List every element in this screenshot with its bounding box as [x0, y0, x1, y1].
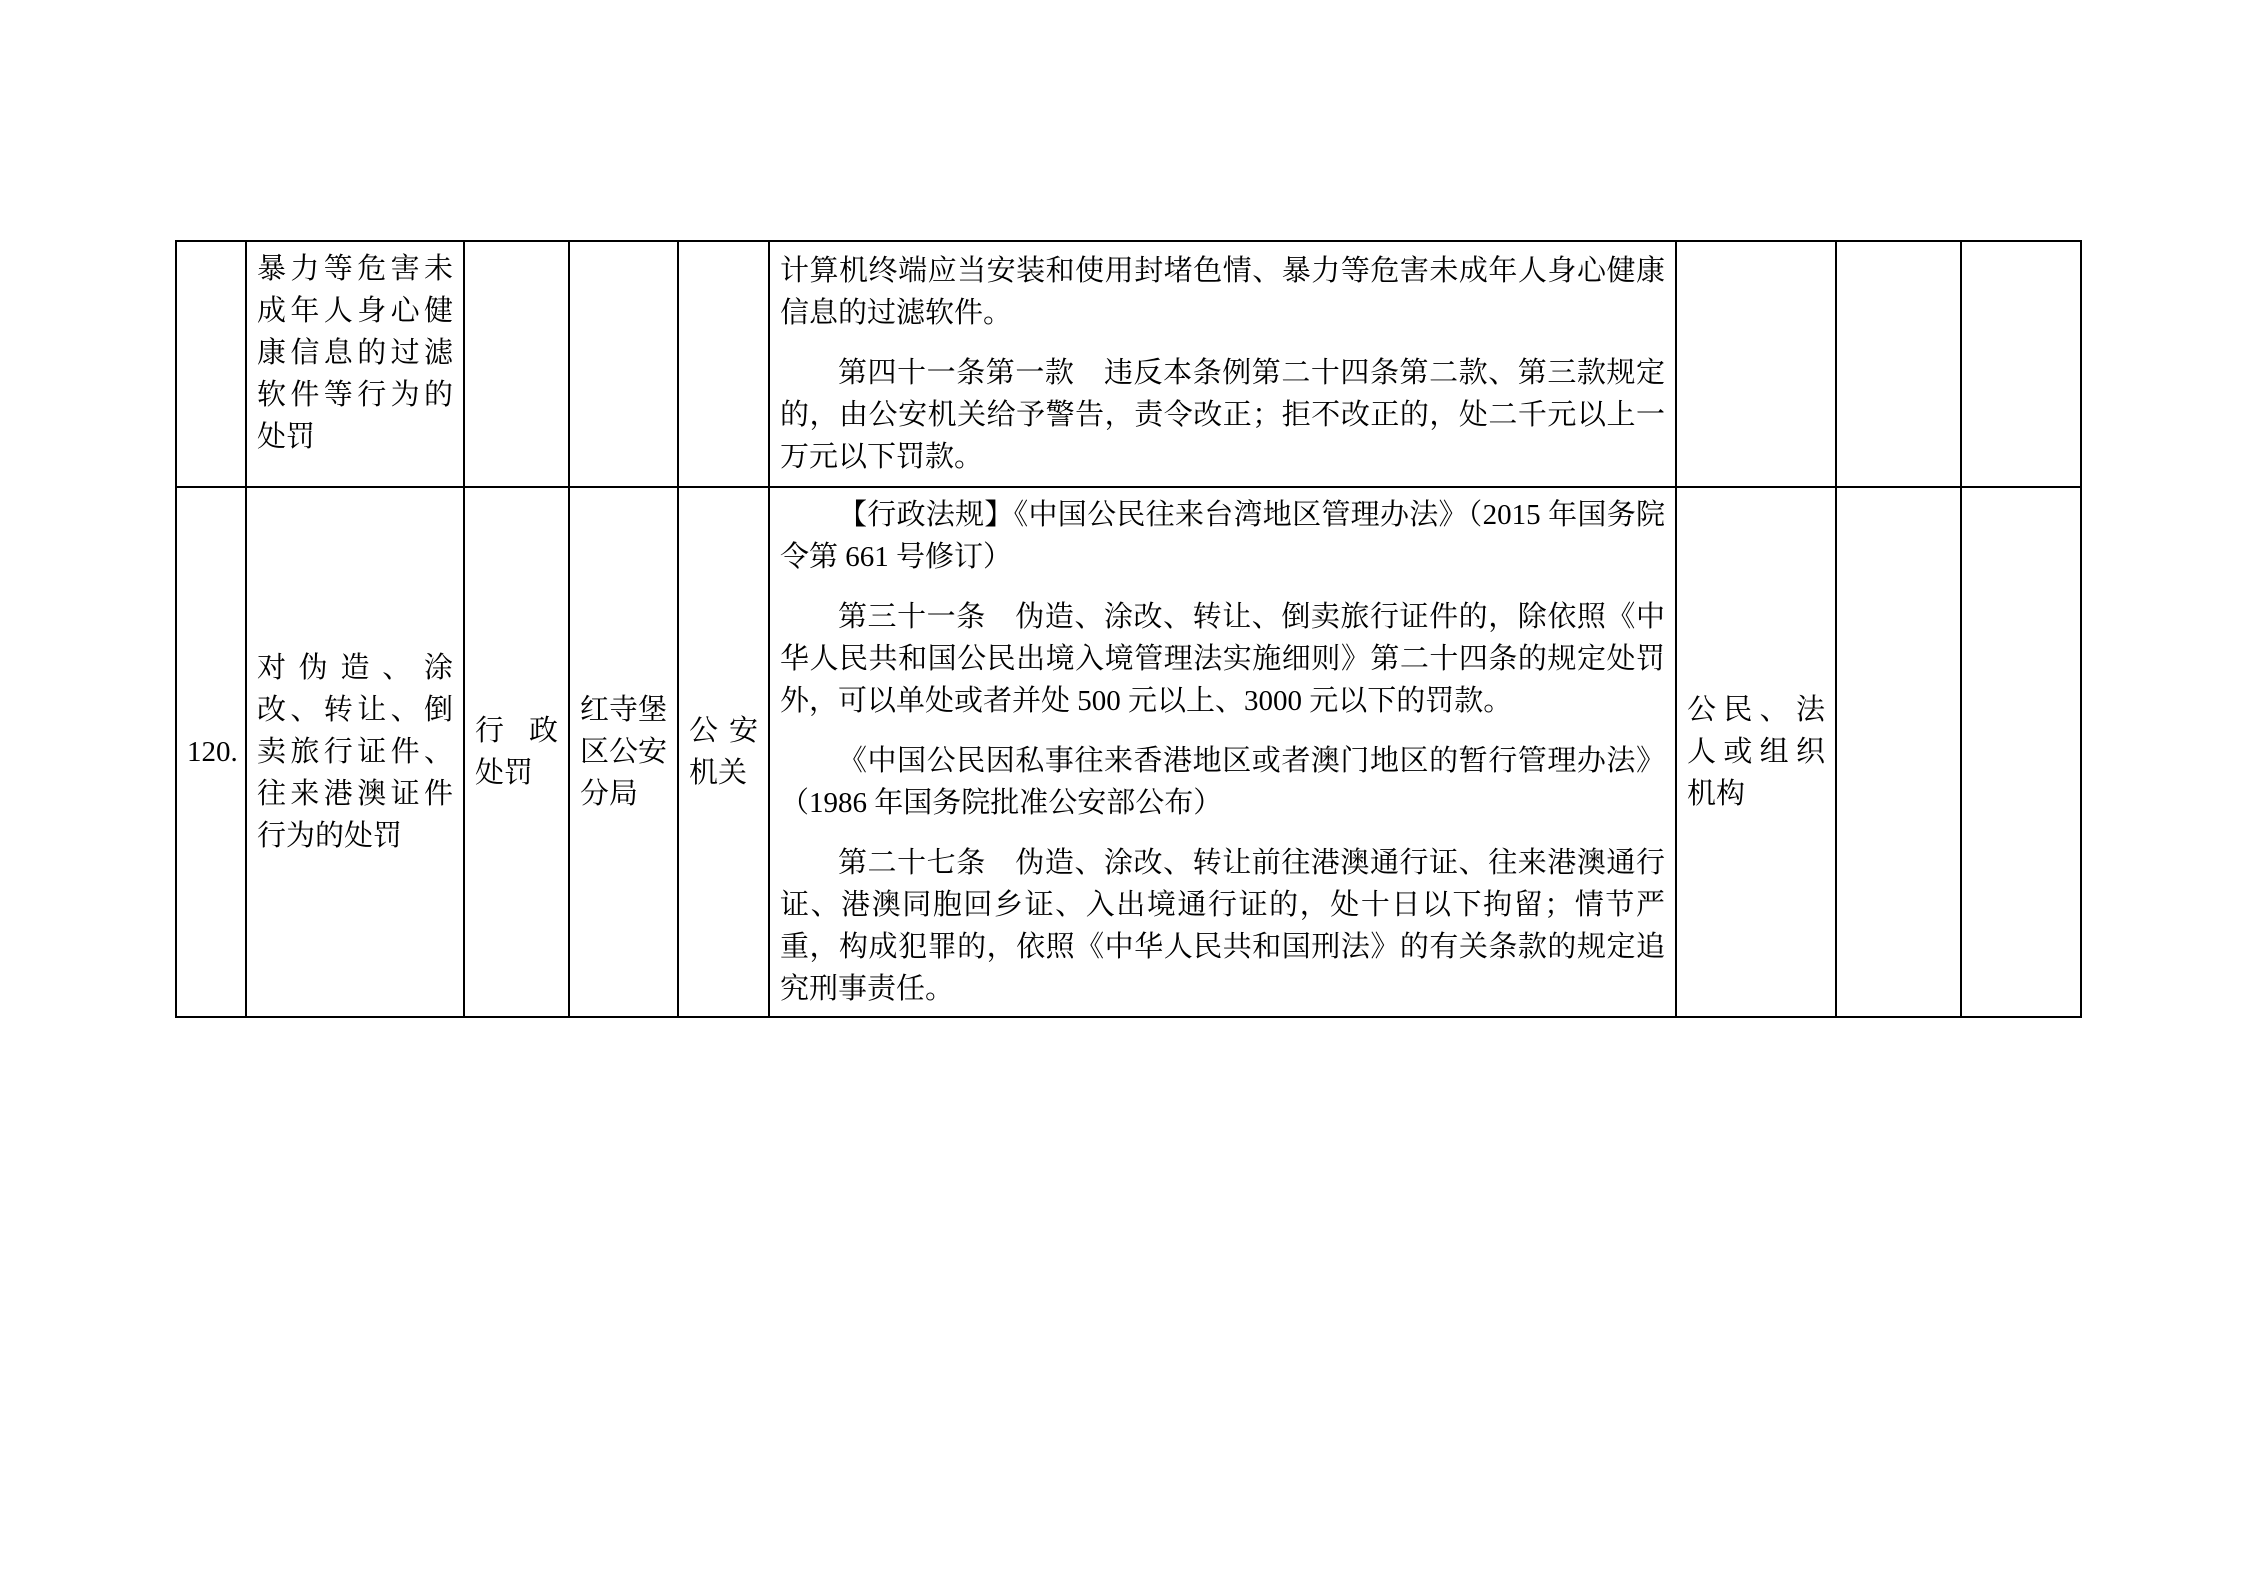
penalty-type-cell	[464, 241, 569, 487]
empty-cell	[1836, 241, 1961, 487]
penalty-target-cell	[1676, 241, 1836, 487]
table-row-continuation: 暴力等危害未成年人身心健康信息的过滤软件等行为的处罚 计算机终端应当安装和使用封…	[176, 241, 2081, 487]
empty-cell	[1961, 487, 2081, 1017]
item-name-cell: 对伪造、涂改、转让、倒卖旅行证件、往来港澳证件行为的处罚	[246, 487, 464, 1017]
penalty-target-cell: 公民、法人或组织机构	[1676, 487, 1836, 1017]
item-number-cell: 120.	[176, 487, 246, 1017]
penalty-type-cell: 行政处罚	[464, 487, 569, 1017]
item-number-cell	[176, 241, 246, 487]
implementing-agency-cell	[569, 241, 678, 487]
legal-basis-paragraph: 第二十七条 伪造、涂改、转让前往港澳通行证、往来港澳通行证、港澳同胞回乡证、入出…	[780, 842, 1665, 1010]
legal-basis-cell: 【行政法规】《中国公民往来台湾地区管理办法》（2015 年国务院令第 661 号…	[769, 487, 1676, 1017]
penalty-items-table: 暴力等危害未成年人身心健康信息的过滤软件等行为的处罚 计算机终端应当安装和使用封…	[175, 240, 2082, 1018]
table-row-120: 120. 对伪造、涂改、转让、倒卖旅行证件、往来港澳证件行为的处罚 行政处罚 红…	[176, 487, 2081, 1017]
legal-basis-cell: 计算机终端应当安装和使用封堵色情、暴力等危害未成年人身心健康信息的过滤软件。 第…	[769, 241, 1676, 487]
empty-cell	[1836, 487, 1961, 1017]
empty-cell	[1961, 241, 2081, 487]
organ-type-cell: 公安机关	[678, 487, 769, 1017]
legal-basis-paragraph: 【行政法规】《中国公民往来台湾地区管理办法》（2015 年国务院令第 661 号…	[780, 494, 1665, 578]
document-page: 暴力等危害未成年人身心健康信息的过滤软件等行为的处罚 计算机终端应当安装和使用封…	[0, 0, 2245, 1587]
implementing-agency-cell: 红寺堡区公安分局	[569, 487, 678, 1017]
legal-basis-paragraph: 第三十一条 伪造、涂改、转让、倒卖旅行证件的，除依照《中华人民共和国公民出境入境…	[780, 596, 1665, 722]
legal-basis-paragraph: 《中国公民因私事往来香港地区或者澳门地区的暂行管理办法》（1986 年国务院批准…	[780, 740, 1665, 824]
legal-basis-paragraph: 计算机终端应当安装和使用封堵色情、暴力等危害未成年人身心健康信息的过滤软件。	[780, 250, 1665, 334]
legal-basis-paragraph: 第四十一条第一款 违反本条例第二十四条第二款、第三款规定的，由公安机关给予警告，…	[780, 352, 1665, 478]
item-name-cell: 暴力等危害未成年人身心健康信息的过滤软件等行为的处罚	[246, 241, 464, 487]
organ-type-cell	[678, 241, 769, 487]
